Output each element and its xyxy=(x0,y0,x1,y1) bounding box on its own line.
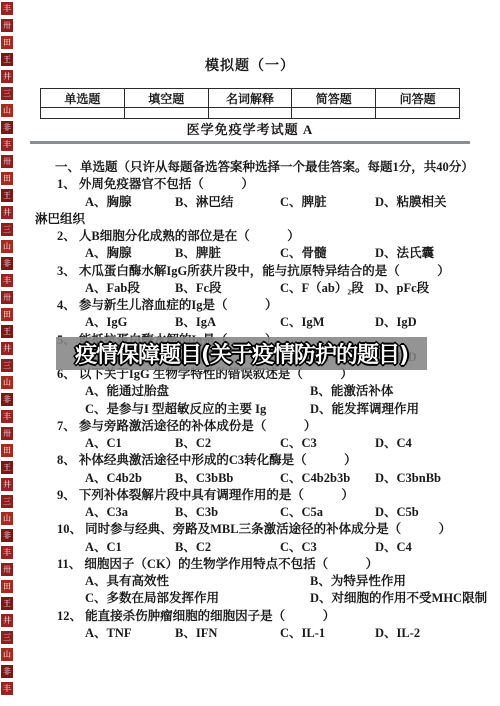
exam-document: 模拟题（一） 单选题 填空题 名词解释 简答题 问答题 医学免疫学考试题 A 一… xyxy=(0,0,500,642)
score-cell-empty xyxy=(208,108,292,119)
question-text: 3、 木瓜蛋白酶水解IgG所获片段中，能与抗原特异结合的是（ ） xyxy=(0,263,500,280)
option-line: A、C1B、C2C、C3D、C4 xyxy=(0,539,500,556)
option: C、IL-1 xyxy=(280,625,375,642)
option: D、C3bnBb xyxy=(375,470,500,487)
option: A、IgG xyxy=(85,314,175,331)
seal-icon: 非 xyxy=(1,665,13,678)
option-line: A、C1B、C2C、C3D、C4 xyxy=(0,435,500,452)
option-line: A、C3aB、C3bC、C5aD、C5b xyxy=(0,504,500,521)
option: C、C5a xyxy=(280,504,375,521)
score-col-header: 问答题 xyxy=(376,89,460,108)
option: A、能通过胎盘 xyxy=(85,383,310,400)
option: B、Fc段 xyxy=(175,280,280,297)
option-line: A、胸腺B、脾脏C、骨髓D、法氏囊 xyxy=(0,245,500,262)
option: C、C3 xyxy=(280,539,375,556)
question-text: 7、 参与旁路激活途径的补体成份是（ ） xyxy=(0,418,500,435)
watermark-banner: 疫情保障题目(关于疫情防护的题目) xyxy=(56,337,427,370)
option: D、能发挥调理作用 xyxy=(310,401,500,418)
option: A、Fab段 xyxy=(85,280,175,297)
option-line: A、Fab段B、Fc段C、F（ab）₂段D、pFc段 xyxy=(0,280,500,297)
option: B、脾脏 xyxy=(175,245,280,262)
option: D、IL-2 xyxy=(375,625,500,642)
section-heading: 一、单选题（只许从每题备选答案种选择一个最佳答案。每题1分，共40分） xyxy=(0,159,500,176)
score-cell-empty xyxy=(292,108,376,119)
option: B、C2 xyxy=(175,435,280,452)
page-title: 模拟题（一） xyxy=(0,58,500,76)
option: A、C1 xyxy=(85,435,175,452)
option: A、胸腺 xyxy=(85,194,175,211)
watermark-text: 疫情保障题目(关于疫情防护的题目) xyxy=(75,338,408,369)
option-line: A、具有高效性B、为特异性作用 xyxy=(0,573,500,590)
option-line: C、多数在局部发挥作用D、对细胞的作用不受MHC限制 xyxy=(0,590,500,607)
question-text: 9、 下列补体裂解片段中具有调理作用的是（ ） xyxy=(0,487,500,504)
exam-title: 医学免疫学考试题 A xyxy=(0,122,500,138)
option: D、pFc段 xyxy=(375,280,500,297)
option: C、C3 xyxy=(280,435,375,452)
option-line: A、C4b2bB、C3bBbC、C4b2b3bD、C3bnBb xyxy=(0,470,500,487)
option: B、IgA xyxy=(175,314,280,331)
divider-line xyxy=(30,141,470,144)
seal-icon: 丰 xyxy=(1,682,13,695)
option: B、能激活补体 xyxy=(310,383,500,400)
option: D、法氏囊 xyxy=(375,245,500,262)
question-text: 4、 参与新生儿溶血症的Ig是（ ） xyxy=(0,297,500,314)
option: A、胸腺 xyxy=(85,245,175,262)
option: C、C4b2b3b xyxy=(280,470,375,487)
option: B、IFN xyxy=(175,625,280,642)
option: A、TNF xyxy=(85,625,175,642)
question-text: 1、 外周免疫器官不包括（ ） xyxy=(0,176,500,193)
option: D、C4 xyxy=(375,435,500,452)
question-text: 11、 细胞因子（CK）的生物学作用特点不包括（ ） xyxy=(0,556,500,573)
option: A、C4b2b xyxy=(85,470,175,487)
option: B、为特异性作用 xyxy=(310,573,500,590)
option: D、C4 xyxy=(375,539,500,556)
question-text: 12、 能直接杀伤肿瘤细胞的细胞因子是（ ） xyxy=(0,608,500,625)
score-col-header: 单选题 xyxy=(41,89,125,108)
option: B、C2 xyxy=(175,539,280,556)
score-col-header: 填空题 xyxy=(124,89,208,108)
option: A、C1 xyxy=(85,539,175,556)
option: D、粘膜相关 xyxy=(375,194,500,211)
option: 淋巴组织 xyxy=(35,212,85,226)
option: C、F（ab）₂段 xyxy=(280,280,375,297)
option-line: A、胸腺B、淋巴结C、脾脏D、粘膜相关 xyxy=(0,194,500,211)
score-col-header: 简答题 xyxy=(292,89,376,108)
score-cell-empty xyxy=(376,108,460,119)
score-table: 单选题 填空题 名词解释 简答题 问答题 xyxy=(40,88,460,119)
option: C、多数在局部发挥作用 xyxy=(85,590,310,607)
option-line: A、TNFB、IFNC、IL-1D、IL-2 xyxy=(0,625,500,642)
option: C、是参与I 型超敏反应的主要 Ig xyxy=(85,401,310,418)
score-cell-empty xyxy=(124,108,208,119)
question-text: 2、 人B细胞分化成熟的部位是在（ ） xyxy=(0,228,500,245)
option: B、C3b xyxy=(175,504,280,521)
option: A、具有高效性 xyxy=(85,573,310,590)
score-cell-empty xyxy=(41,108,125,119)
option: C、IgM xyxy=(280,314,375,331)
option: D、IgD xyxy=(375,314,500,331)
option-line: C、是参与I 型超敏反应的主要 IgD、能发挥调理作用 xyxy=(0,401,500,418)
option: B、C3bBb xyxy=(175,470,280,487)
question-list: 一、单选题（只许从每题备选答案种选择一个最佳答案。每题1分，共40分） 1、 外… xyxy=(0,159,500,642)
option: B、淋巴结 xyxy=(175,194,280,211)
option: C、脾脏 xyxy=(280,194,375,211)
option: C、骨髓 xyxy=(280,245,375,262)
option: A、C3a xyxy=(85,504,175,521)
option: D、C5b xyxy=(375,504,500,521)
seal-icon: 山 xyxy=(1,648,13,661)
option: D、对细胞的作用不受MHC限制 xyxy=(310,590,500,607)
option-line: A、能通过胎盘B、能激活补体 xyxy=(0,383,500,400)
option-line: 淋巴组织 xyxy=(0,211,500,228)
question-text: 8、 补体经典激活途径中形成的C3转化酶是（ ） xyxy=(0,452,500,469)
option-line: A、IgGB、IgAC、IgMD、IgD xyxy=(0,314,500,331)
score-col-header: 名词解释 xyxy=(208,89,292,108)
question-text: 10、 同时参与经典、旁路及MBL三条激活途径的补体成分是（ ） xyxy=(0,521,500,538)
